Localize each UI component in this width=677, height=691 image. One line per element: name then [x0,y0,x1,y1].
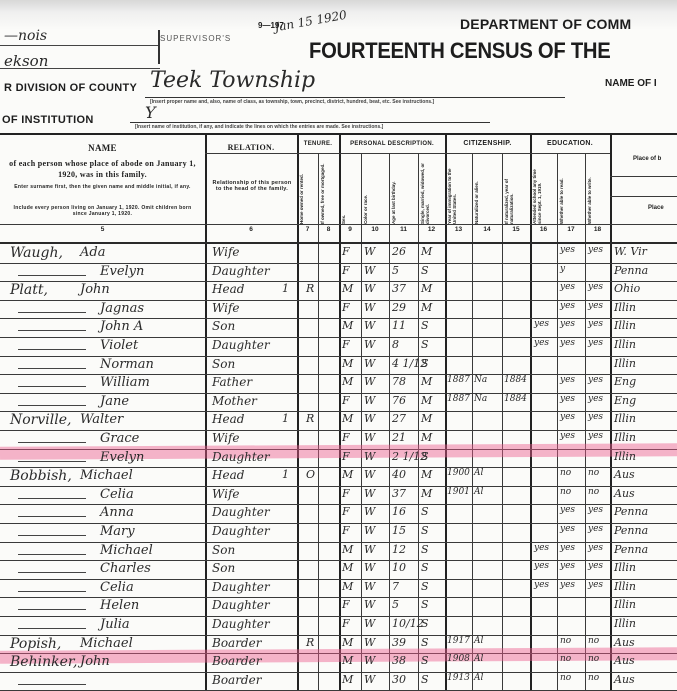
header-rule [610,196,677,197]
name-of-label: NAME OF I [605,78,657,89]
school-value: yes [534,561,549,571]
read-value: yes [560,338,575,348]
nat-value: Al [474,468,483,478]
birth-value: Penna [614,264,648,277]
census-row: HelenDaughterFW5SIllin [0,597,677,616]
given-name: Norman [100,357,154,372]
age-value: 16 [392,505,406,518]
read-value: yes [560,580,575,590]
nat-value: Al [474,673,483,683]
given-name: Ada [80,245,105,260]
race-value: W [364,301,375,314]
write-value: no [588,468,599,478]
immig-value: 1908 [447,654,470,664]
race-value: W [364,561,375,574]
read-value: yes [560,505,575,515]
ditto-dash [18,275,86,276]
sex-value: F [342,598,350,611]
age-value: 26 [392,245,406,258]
age-value: 76 [392,394,406,407]
age-value: 21 [392,431,406,444]
race-value: W [364,319,375,332]
vertical-column-heading: Single, married, widowed, or divorced. [420,158,443,224]
census-row: John ASonMW11SyesyesyesIllin [0,318,677,337]
ditto-dash [18,516,86,517]
census-row: CeliaDaughterMW7SyesyesyesIllin [0,579,677,598]
age-value: 8 [392,338,399,351]
relation-value: Mother [212,394,257,408]
relation-value: Daughter [212,450,270,464]
surname: Norville, [10,412,71,428]
birth-value: Ohio [614,282,640,295]
race-value: W [364,654,375,667]
census-row: AnnaDaughterFW16SyesyesPenna [0,504,677,523]
race-value: W [364,580,375,593]
department-heading: DEPARTMENT OF COMM [460,16,631,32]
age-value: 40 [392,468,406,481]
race-value: W [364,450,375,463]
given-name: Charles [100,561,151,576]
marital-value: M [421,301,432,314]
census-row: NormanSonMW4 1/12SIllin [0,356,677,375]
immig-value: 1887 [447,394,470,404]
read-value: yes [560,524,575,534]
marital-value: S [421,617,429,630]
birth-value: Illin [614,357,636,370]
birth-value: Illin [614,580,636,593]
sex-value: F [342,301,350,314]
relation-value: Wife [212,487,240,501]
divider [0,68,160,69]
column-number: 18 [585,226,610,233]
vertical-column-heading: Whether able to write. [587,158,608,224]
school-value: yes [534,319,549,329]
race-value: W [364,543,375,556]
ditto-dash [18,405,86,406]
marital-value: M [421,282,432,295]
surname: Behinker, [10,654,77,670]
natyr-value: 1884 [504,394,527,404]
relation-value: Head [212,468,244,482]
immig-value: 1901 [447,487,470,497]
census-row: BoarderMW30S1913AlnonoAus [0,672,677,691]
sex-value: F [342,524,350,537]
birth-value: Aus [614,654,635,667]
birth-value: W. Vir [614,245,647,258]
age-value: 27 [392,412,406,425]
nat-value: Na [474,394,487,404]
age-value: 37 [392,487,406,500]
sex-value: M [342,319,353,332]
write-value: yes [588,245,603,255]
write-value: yes [588,412,603,422]
tenure-value: R [306,636,314,649]
sex-value: M [342,357,353,370]
census-row: WilliamFatherMW78M1887Na1884yesyesEng [0,374,677,393]
own-value: 1 [282,468,289,481]
vertical-column-heading: Age at last birthday. [391,158,416,224]
census-row: CeliaWifeFW37M1901AlnonoAus [0,486,677,505]
given-name: Celia [100,580,134,595]
marital-value: S [421,450,429,463]
header-rule [610,176,677,177]
read-value: yes [560,543,575,553]
read-value: yes [560,245,575,255]
race-value: W [364,282,375,295]
name-column-instruction: Include every person living on January 1… [0,205,205,217]
write-value: yes [588,561,603,571]
birth-value: Aus [614,673,635,686]
relation-column-heading: RELATION. [205,143,297,152]
age-value: 30 [392,673,406,686]
sex-value: M [342,636,353,649]
ditto-dash [18,330,86,331]
natyr-value: 1884 [504,375,527,385]
ditto-dash [18,386,86,387]
marital-value: S [421,505,429,518]
relation-value: Son [212,561,235,575]
given-name: Helen [100,598,139,613]
relation-value: Wife [212,431,240,445]
division-underline [145,97,565,98]
census-row: VioletDaughterFW8SyesyesyesIllin [0,337,677,356]
read-value: yes [560,412,575,422]
sex-value: F [342,394,350,407]
column-number: 8 [318,226,339,233]
marital-value: S [421,338,429,351]
institution-label: OF INSTITUTION [2,114,94,126]
age-value: 15 [392,524,406,537]
census-row: EvelynDaughterFW2 1/12SIllin [0,449,677,468]
relation-value: Head [212,282,244,296]
age-value: 5 [392,598,399,611]
read-value: yes [560,431,575,441]
ditto-dash [18,442,86,443]
relation-value: Son [212,319,235,333]
age-value: 5 [392,264,399,277]
age-value: 10 [392,561,406,574]
vertical-column-heading: If owned, free or mortgaged. [320,158,337,224]
education-heading: EDUCATION. [530,140,610,147]
given-name: John [80,282,110,297]
given-name: Jane [100,394,129,409]
marital-value: M [421,431,432,444]
given-name: Michael [80,468,133,483]
write-value: no [588,636,599,646]
read-value: yes [560,301,575,311]
vertical-column-heading: If naturalized, year of naturalization. [504,158,528,224]
age-value: 78 [392,375,406,388]
marital-value: M [421,394,432,407]
immig-value: 1913 [447,673,470,683]
census-row: Behinker,JohnBoarderMW38S1908AlnonoAus [0,653,677,672]
sex-value: M [342,375,353,388]
vertical-column-heading: Attended school any time since Sept. 1, … [532,158,555,224]
birth-value: Illin [614,319,636,332]
birth-value: Aus [614,468,635,481]
citizenship-heading: CITIZENSHIP. [445,140,530,147]
column-number: 17 [557,226,585,233]
marital-value: S [421,580,429,593]
ditto-dash [18,572,86,573]
relation-value: Boarder [212,673,261,687]
read-value: yes [560,375,575,385]
read-value: no [560,673,571,683]
relation-value: Daughter [212,598,270,612]
race-value: W [364,524,375,537]
birth-value: Penna [614,524,648,537]
census-row: Popish,MichaelBoarderRMW39S1917AlnonoAus [0,635,677,654]
census-row: Bobbish,MichaelHead1OMW40M1900AlnonoAus [0,467,677,486]
write-value: yes [588,431,603,441]
sex-value: M [342,468,353,481]
school-value: yes [534,543,549,553]
age-value: 38 [392,654,406,667]
sex-value: F [342,431,350,444]
own-value: 1 [282,282,289,295]
sex-value: M [342,673,353,686]
write-value: yes [588,338,603,348]
sex-value: M [342,654,353,667]
race-value: W [364,357,375,370]
given-name: Mary [100,524,135,539]
tenure-value: R [306,412,314,425]
relation-value: Son [212,543,235,557]
race-value: W [364,338,375,351]
read-value: yes [560,561,575,571]
ditto-dash [18,554,86,555]
census-row: MaryDaughterFW15SyesyesPenna [0,523,677,542]
relation-value: Daughter [212,505,270,519]
census-row: MichaelSonMW12SyesyesyesPenna [0,542,677,561]
institution-underline [130,122,490,123]
marital-value: S [421,319,429,332]
read-value: no [560,468,571,478]
given-name: Walter [80,412,123,427]
column-number: 11 [389,226,418,233]
given-name: Julia [100,617,130,632]
nat-value: Al [474,654,483,664]
given-name: Michael [80,636,133,651]
race-value: W [364,598,375,611]
place-of-birth-heading: Place of b [633,156,661,162]
relation-value: Father [212,375,252,389]
write-value: no [588,673,599,683]
read-value: yes [560,394,575,404]
write-value: yes [588,394,603,404]
ditto-dash [18,609,86,610]
write-value: yes [588,580,603,590]
birth-value: Penna [614,505,648,518]
given-name: Celia [100,487,134,502]
race-value: W [364,245,375,258]
given-name: John [80,654,110,669]
vertical-column-heading: Naturalized or alien. [474,158,500,224]
given-name: Evelyn [100,450,144,465]
birth-value: Illin [614,598,636,611]
marital-value: M [421,412,432,425]
race-value: W [364,431,375,444]
header-rule [205,153,610,154]
birth-value: Aus [614,636,635,649]
race-value: W [364,375,375,388]
read-value: no [560,487,571,497]
race-value: W [364,468,375,481]
own-value: 1 [282,412,289,425]
sex-value: F [342,264,350,277]
birth-value: Illin [614,561,636,574]
birth-value: Illin [614,431,636,444]
nat-value: Al [474,487,483,497]
surname: Bobbish, [10,468,72,484]
race-value: W [364,505,375,518]
relation-value: Daughter [212,264,270,278]
write-value: yes [588,301,603,311]
tenure-heading: TENURE. [297,141,339,147]
relation-value: Head [212,412,244,426]
write-value: yes [588,282,603,292]
divider [0,45,160,46]
name-column-heading: NAME [0,143,205,153]
marital-value: S [421,357,429,370]
column-number: 6 [205,226,297,233]
birth-value: Eng [614,375,636,388]
race-value: W [364,394,375,407]
column-number: 13 [445,226,472,233]
birth-value: Eng [614,394,636,407]
nat-value: Al [474,636,483,646]
column-number: 9 [339,226,361,233]
sex-value: M [342,412,353,425]
marital-value: S [421,673,429,686]
birth-value: Illin [614,338,636,351]
write-value: yes [588,543,603,553]
sex-value: M [342,282,353,295]
ditto-dash [18,535,86,536]
birth-value: Illin [614,412,636,425]
name-column-subheading: of each person whose place of abode on J… [0,158,205,180]
sex-value: F [342,338,350,351]
birth-value: Illin [614,617,636,630]
tenure-value: R [306,282,314,295]
race-value: W [364,412,375,425]
sex-value: F [342,505,350,518]
personal-description-heading: PERSONAL DESCRIPTION. [339,141,445,147]
ditto-dash [18,312,86,313]
sex-value: M [342,561,353,574]
sex-value: M [342,580,353,593]
relation-value: Wife [212,245,240,259]
division-value: Teek Township [150,68,315,93]
sex-value: F [342,617,350,630]
header-rule [0,224,677,225]
race-value: W [364,673,375,686]
census-row: Waugh,AdaWifeFW26MyesyesW. Vir [0,244,677,263]
surname: Popish, [10,636,61,652]
surname: Platt, [10,282,48,298]
given-name: John A [100,319,143,334]
institution-hint: [Insert name of institution, if any, and… [135,124,383,130]
marital-value: S [421,543,429,556]
age-value: 29 [392,301,406,314]
census-row: JuliaDaughterFW10/12SIllin [0,616,677,635]
marital-value: M [421,468,432,481]
race-value: W [364,617,375,630]
ditto-dash [18,628,86,629]
birth-value: Penna [614,543,648,556]
sex-value: M [342,543,353,556]
relation-value: Daughter [212,524,270,538]
ditto-dash [18,349,86,350]
institution-value: Y [145,103,156,122]
relation-column-subheading: Relationship of this person to the head … [210,180,294,192]
age-value: 37 [392,282,406,295]
birth-value: Aus [614,487,635,500]
read-value: y [560,264,565,274]
division-hint: [Insert proper name and, also, name of c… [150,99,434,105]
age-value: 39 [392,636,406,649]
read-value: yes [560,282,575,292]
marital-value: M [421,245,432,258]
given-name: Violet [100,338,138,353]
marital-value: S [421,654,429,667]
read-value: yes [560,319,575,329]
column-number: 7 [297,226,318,233]
immig-value: 1900 [447,468,470,478]
relation-value: Daughter [212,580,270,594]
school-value: yes [534,338,549,348]
column-number: 12 [418,226,445,233]
race-value: W [364,487,375,500]
race-value: W [364,264,375,277]
marital-value: S [421,561,429,574]
ditto-dash [18,684,86,685]
column-number: 16 [530,226,557,233]
read-value: no [560,636,571,646]
given-name: William [100,375,150,390]
relation-value: Daughter [212,617,270,631]
age-value: 10/12 [392,617,424,630]
write-value: yes [588,319,603,329]
birth-value: Illin [614,450,636,463]
state-fragment: —nois [4,28,47,44]
write-value: yes [588,375,603,385]
sex-value: F [342,487,350,500]
given-name: Michael [100,543,153,558]
given-name: Grace [100,431,139,446]
age-value: 11 [392,319,406,332]
age-value: 12 [392,543,406,556]
write-value: yes [588,524,603,534]
census-row: JaneMotherFW76M1887Na1884yesyesEng [0,393,677,412]
marital-value: S [421,636,429,649]
vertical-column-heading: Color or race. [363,158,387,224]
vertical-column-heading: Year of immigration to the United States… [447,158,470,224]
marital-value: S [421,524,429,537]
column-number: 14 [472,226,502,233]
ditto-dash [18,461,86,462]
census-row: GraceWifeFW21MyesyesIllin [0,430,677,449]
write-value: no [588,487,599,497]
census-row: CharlesSonMW10SyesyesyesIllin [0,560,677,579]
relation-value: Son [212,357,235,371]
vertical-column-heading: Whether able to read. [559,158,583,224]
supervisor-stamp: SUPERVISOR'S [160,34,231,43]
sex-value: F [342,245,350,258]
relation-value: Boarder [212,654,261,668]
given-name: Anna [100,505,134,520]
immig-value: 1917 [447,636,470,646]
